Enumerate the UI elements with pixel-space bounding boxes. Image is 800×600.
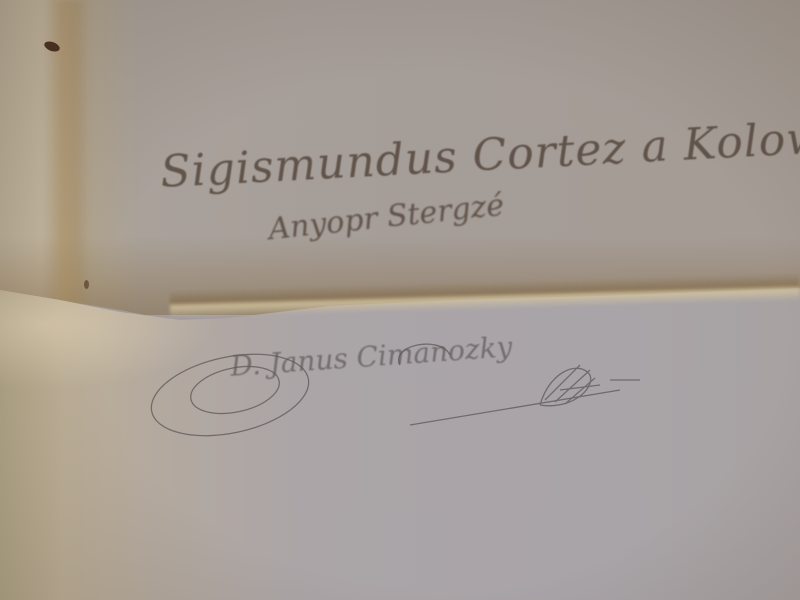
lower-paper-sheet xyxy=(0,280,800,600)
ink-spot-small xyxy=(84,280,89,289)
document-photograph: Sigismundus Cortez a Kolowrat Anyopr Ste… xyxy=(0,0,800,600)
